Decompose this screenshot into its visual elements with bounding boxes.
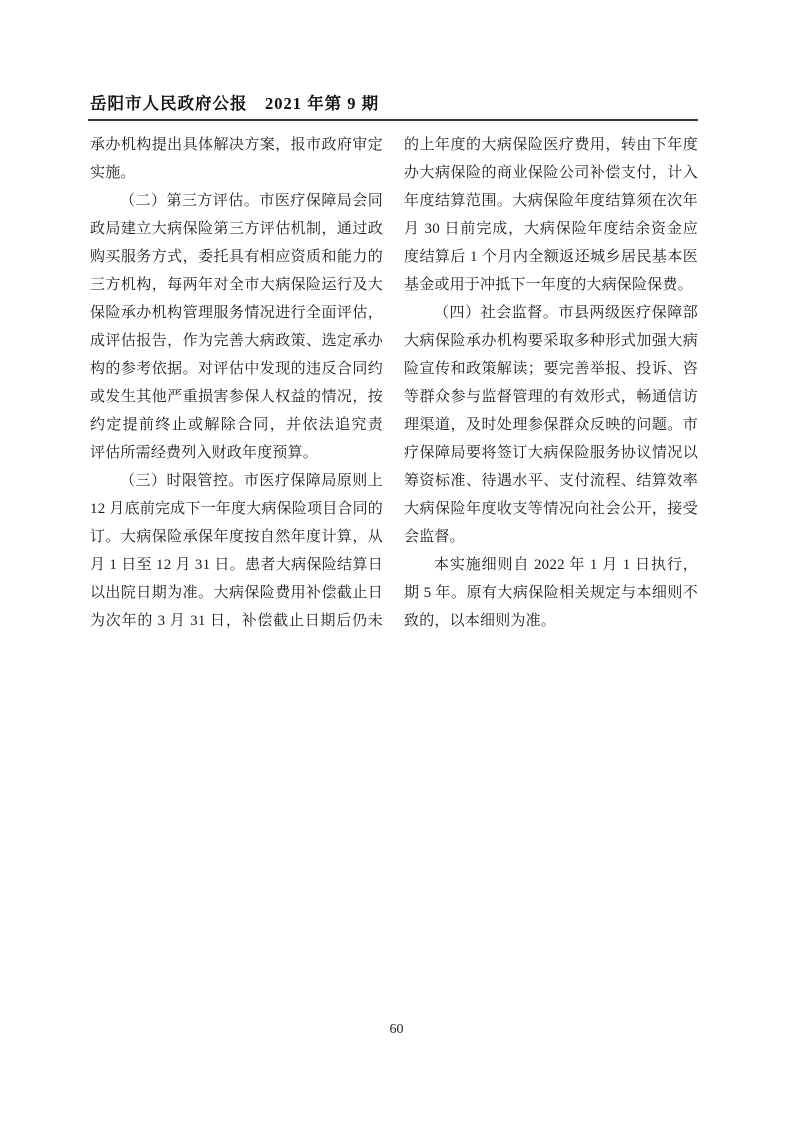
text-line: 月 1 日至 12 月 31 日。患者大病保险结算日期 (90, 551, 383, 579)
text-line: 或发生其他严重损害参保人权益的情况，按照 (90, 383, 383, 411)
text-column-left: 承办机构提出具体解决方案，报市政府审定后实施。（二）第三方评估。市医疗保障局会同… (90, 131, 383, 635)
text-column-right: 的上年度的大病保险医疗费用，转由下年度承办大病保险的商业保险公司补偿支付，计入下… (404, 131, 698, 635)
text-line: 疗保障局要将签订大病保险服务协议情况以及 (404, 439, 698, 467)
text-line: 大病保险年度收支等情况向社会公开，接受社 (404, 495, 698, 523)
text-line: 本实施细则自 2022 年 1 月 1 日执行，有效 (404, 551, 698, 579)
text-line: 成评估报告，作为完善大病政策、选定承办机 (90, 327, 383, 355)
document-page: 岳阳市人民政府公报 2021 年第 9 期 承办机构提出具体解决方案，报市政府审… (0, 0, 793, 1122)
text-line: 理渠道，及时处理参保群众反映的问题。市医 (404, 411, 698, 439)
gazette-header-title: 岳阳市人民政府公报 2021 年第 9 期 (90, 90, 379, 114)
text-line: 12 月底前完成下一年度大病保险项目合同的签 (90, 495, 383, 523)
text-line: 约定提前终止或解除合同，并依法追究责任。 (90, 411, 383, 439)
text-line: 购买服务方式，委托具有相应资质和能力的第 (90, 243, 383, 271)
text-line: 度结算后 1 个月内全额返还城乡居民基本医保 (404, 243, 698, 271)
text-line: （四）社会监督。市县两级医疗保障部门、 (404, 299, 698, 327)
text-line: 订。大病保险承保年度按自然年度计算，从 1 (90, 523, 383, 551)
text-line: （三）时限管控。市医疗保障局原则上每年 (90, 467, 383, 495)
text-line: 的上年度的大病保险医疗费用，转由下年度承 (404, 131, 698, 159)
text-line: 为次年的 3 月 31 日，补偿截止日期后仍未补偿 (90, 607, 383, 635)
text-line: 大病保险承办机构要采取多种形式加强大病保 (404, 327, 698, 355)
text-line: 等群众参与监督管理的有效形式，畅通信访受 (404, 383, 698, 411)
text-line: 承办机构提出具体解决方案，报市政府审定后 (90, 131, 383, 159)
text-line: 以出院日期为准。大病保险费用补偿截止日期 (90, 579, 383, 607)
text-line: 年度结算范围。大病保险年度结算须在次年 4 (404, 187, 698, 215)
text-line: 办大病保险的商业保险公司补偿支付，计入下 (404, 159, 698, 187)
text-line: 月 30 日前完成，大病保险年度结余资金应在年 (404, 215, 698, 243)
text-line: 筹资标准、待遇水平、支付流程、结算效率和 (404, 467, 698, 495)
text-line: 致的，以本细则为准。 (404, 607, 698, 635)
text-line: （二）第三方评估。市医疗保障局会同市财 (90, 187, 383, 215)
text-line: 基金或用于冲抵下一年度的大病保险保费。 (404, 271, 698, 299)
text-line: 险宣传和政策解读；要完善举报、投诉、咨询 (404, 355, 698, 383)
text-line: 会监督。 (404, 523, 698, 551)
text-line: 三方机构，每两年对全市大病保险运行及大病 (90, 271, 383, 299)
text-line: 政局建立大病保险第三方评估机制，通过政府 (90, 215, 383, 243)
text-line: 期 5 年。原有大病保险相关规定与本细则不一 (404, 579, 698, 607)
text-line: 保险承办机构管理服务情况进行全面评估，形 (90, 299, 383, 327)
text-line: 构的参考依据。对评估中发现的违反合同约定， (90, 355, 383, 383)
text-line: 评估所需经费列入财政年度预算。 (90, 439, 383, 467)
header-divider (88, 119, 698, 121)
text-line: 实施。 (90, 159, 383, 187)
page-number: 60 (0, 1022, 793, 1038)
